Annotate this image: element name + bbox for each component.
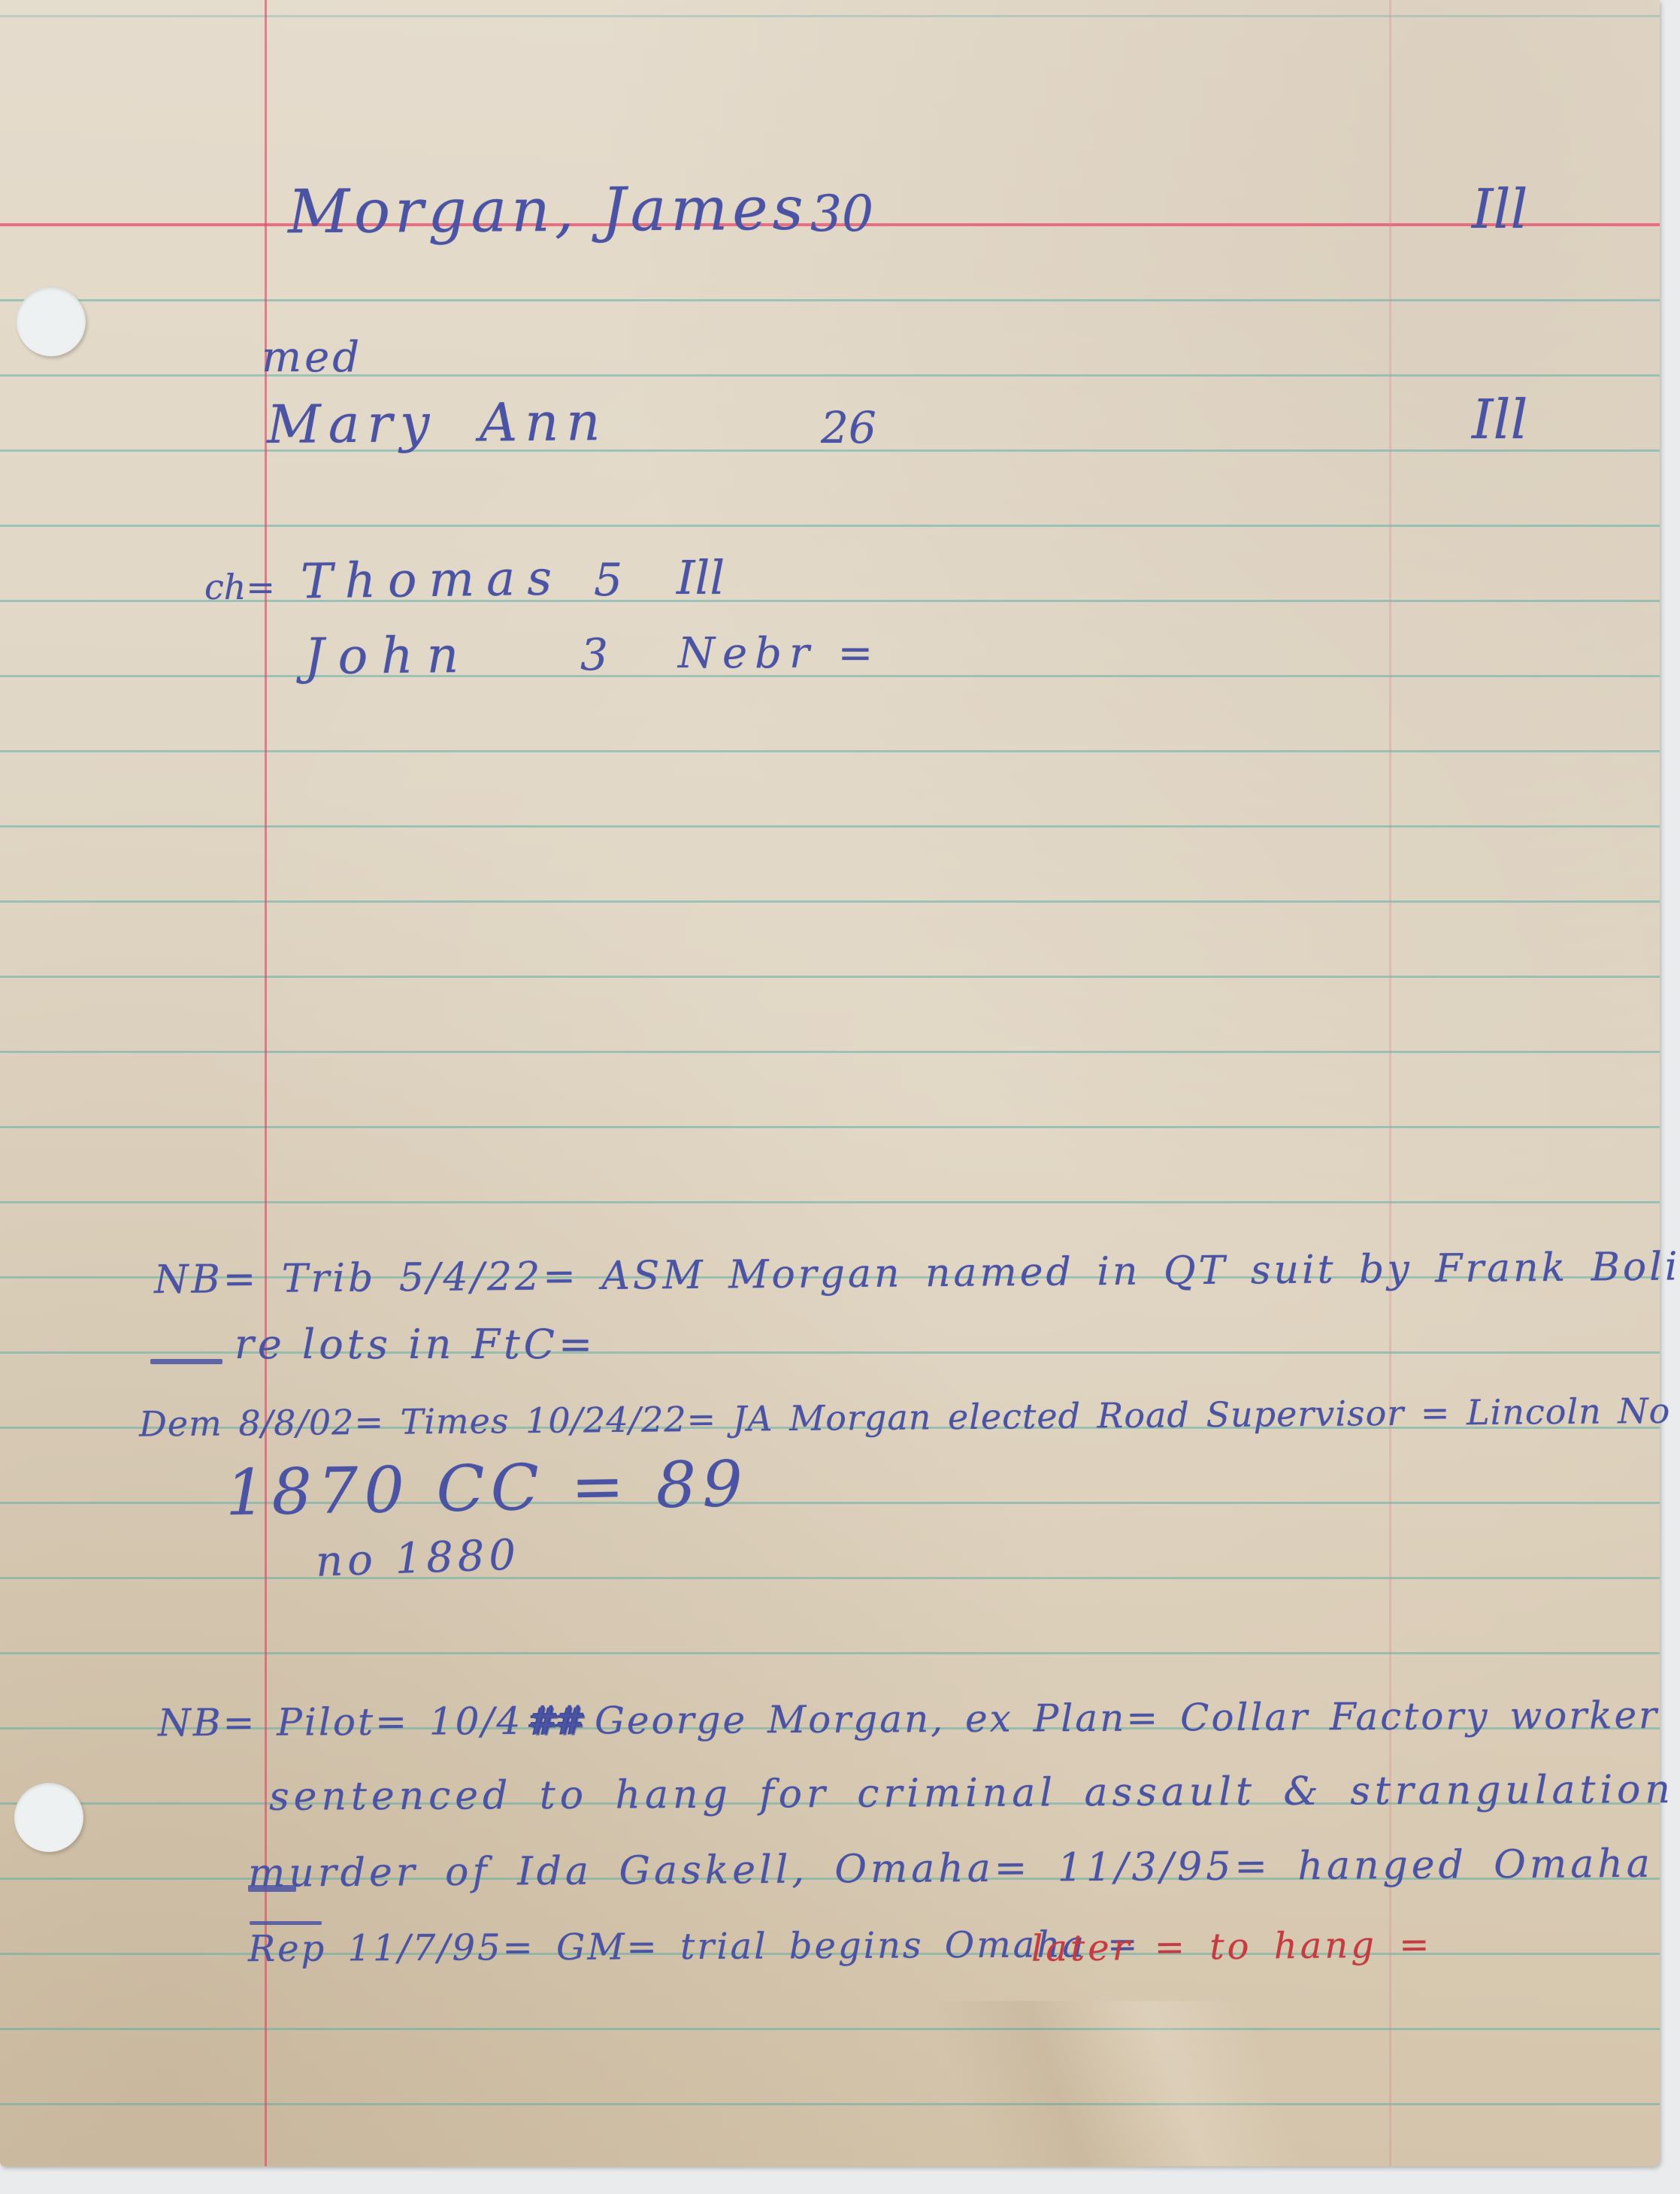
marriage-note: med (262, 337, 362, 379)
scanned-note-page: Morgan, James 30 Ill med Mary Ann 26 Ill… (0, 0, 1680, 2194)
leading-underline-mark (150, 1359, 222, 1364)
child2-age: 3 (580, 633, 608, 676)
pilot-note-line2: sentenced to hang for criminal assault &… (269, 1770, 1675, 1817)
child2-name: John (304, 631, 473, 682)
pilot-note-line1-post: George Morgan, ex Plan= Collar Factory w… (595, 1693, 1680, 1743)
pilot-note-line1-pre: NB= Pilot= 10/4 (158, 1699, 522, 1745)
hole-punch-top (17, 287, 86, 356)
note-trib-line2: re lots in FtC= (235, 1324, 596, 1365)
child1-age: 5 (594, 558, 622, 603)
pilot-note-line3: murder of Ida Gaskell, Omaha= 11/3/95= h… (248, 1844, 1680, 1893)
pilot-note-line4-red: later = to hang = (1031, 1926, 1433, 1967)
head-of-family-name: Morgan, James (288, 179, 808, 243)
pilot-note-line1: NB= Pilot= 10/4##George Morgan, ex Plan=… (158, 1696, 1680, 1742)
wife-birthplace: Ill (1472, 392, 1528, 446)
children-label: ch= (204, 570, 275, 604)
child1-birthplace: Ill (677, 555, 725, 601)
wife-name: Mary Ann (267, 395, 608, 451)
scribbled-out-text: ## (527, 1699, 581, 1742)
top-rule-line (0, 15, 1660, 17)
child2-birthplace: Nebr = (678, 633, 880, 675)
note-1880-census: no 1880 (315, 1534, 521, 1583)
wife-age: 26 (821, 406, 876, 449)
pink-margin-line-right (1389, 0, 1391, 2166)
note-1870-census: 1870 CC = 89 (225, 1452, 749, 1524)
child1-name: Thomas (301, 555, 565, 607)
head-of-family-age: 30 (810, 189, 873, 239)
red-margin-line-left (265, 0, 267, 2166)
dash-mark (248, 1885, 296, 1892)
pilot-note-line4-blue: Rep 11/7/95= GM= trial begins Omaha = (248, 1926, 1140, 1967)
notebook-paper: Morgan, James 30 Ill med Mary Ann 26 Ill… (0, 0, 1660, 2166)
hole-punch-bottom (14, 1783, 83, 1852)
rep-overline-mark (250, 1921, 322, 1925)
head-of-family-birthplace: Ill (1472, 182, 1528, 236)
